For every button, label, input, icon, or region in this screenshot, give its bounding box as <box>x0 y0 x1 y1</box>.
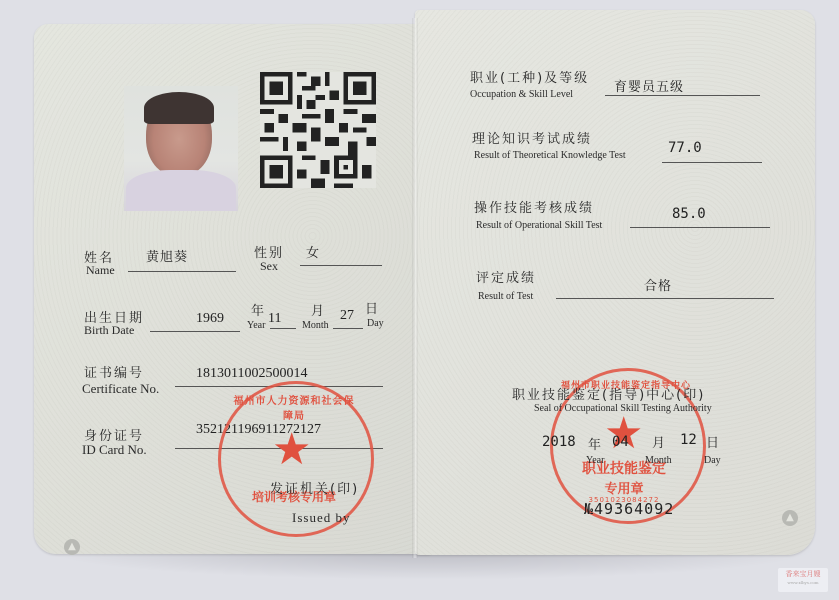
theory-label-en: Result of Theoretical Knowledge Test <box>474 150 626 161</box>
holder-photo <box>124 86 238 211</box>
birth-day: 27 <box>340 308 354 324</box>
birth-label-en: Birth Date <box>84 323 134 338</box>
birth-month-underline <box>270 328 296 329</box>
book-spine <box>412 18 418 558</box>
watermark-sub: www.xlbys.com <box>778 580 828 586</box>
occupation-underline <box>605 95 760 96</box>
birth-year: 1969 <box>196 311 224 327</box>
occupation-value: 育婴员五级 <box>614 76 684 95</box>
sex-value: 女 <box>306 242 320 261</box>
name-label-en: Name <box>86 263 115 278</box>
issue-month-en: Month <box>645 455 672 466</box>
authority-label-cn: 职业技能鉴定(指导)中心(印) <box>512 384 705 403</box>
cert-label-en: Certificate No. <box>82 381 159 397</box>
issue-month-cn: 月 <box>652 432 667 451</box>
issue-day: 12 <box>680 432 697 448</box>
sex-label-en: Sex <box>260 259 278 274</box>
result-label-en: Result of Test <box>478 291 533 302</box>
name-underline <box>128 271 236 272</box>
theory-label-cn: 理论知识考试成绩 <box>472 128 592 147</box>
birth-year-cn: 年 <box>251 300 266 319</box>
skill-label-cn: 操作技能考核成绩 <box>474 197 594 216</box>
up-arrow-icon: ▲ <box>64 539 80 555</box>
issue-day-en: Day <box>704 455 721 466</box>
up-arrow-icon: ▲ <box>782 510 798 526</box>
watermark-text: 香来宝月嫂 <box>778 568 828 580</box>
birth-day-cn: 日 <box>365 298 380 317</box>
birth-month-en: Month <box>302 320 329 331</box>
occupation-label-cn: 职业(工种)及等级 <box>470 67 589 86</box>
qr-code-icon <box>258 72 378 188</box>
result-value: 合格 <box>644 275 672 294</box>
issue-day-cn: 日 <box>706 432 721 451</box>
serial-number: №49364092 <box>584 500 674 518</box>
site-watermark: 香来宝月嫂 www.xlbys.com <box>778 568 828 592</box>
theory-value: 77.0 <box>668 140 702 156</box>
id-label-en: ID Card No. <box>82 442 147 458</box>
birth-day-en: Day <box>367 318 384 329</box>
name-value: 黄旭葵 <box>146 246 188 265</box>
result-underline <box>556 298 774 299</box>
issue-year: 2018 <box>542 434 576 450</box>
birth-day-underline <box>333 328 363 329</box>
star-icon: ★ <box>272 428 311 472</box>
skill-label-en: Result of Operational Skill Test <box>476 220 602 231</box>
skill-underline <box>630 227 770 228</box>
sex-underline <box>300 265 382 266</box>
issuer-label-cn: 发证机关(印) <box>270 478 359 497</box>
authority-stamp-bottom: 专用章 <box>584 478 664 497</box>
result-label-cn: 评定成绩 <box>476 267 536 286</box>
birth-year-en: Year <box>247 320 265 331</box>
birth-month-cn: 月 <box>311 300 326 319</box>
skill-value: 85.0 <box>672 206 706 222</box>
cert-value: 1813011002500014 <box>196 366 307 382</box>
issuer-stamp-top: 福州市人力资源和社会保障局 <box>232 392 356 422</box>
occupation-label-en: Occupation & Skill Level <box>470 89 573 100</box>
issue-month: 04 <box>612 434 629 450</box>
issue-year-en: Year <box>586 455 604 466</box>
birth-month: 11 <box>268 311 281 327</box>
birth-year-underline <box>150 331 240 332</box>
issue-year-cn: 年 <box>588 434 603 453</box>
cert-label-cn: 证书编号 <box>84 362 144 381</box>
theory-underline <box>662 162 762 163</box>
issuer-label-en: Issued by <box>292 510 350 526</box>
authority-label-en: Seal of Occupational Skill Testing Autho… <box>534 403 712 414</box>
